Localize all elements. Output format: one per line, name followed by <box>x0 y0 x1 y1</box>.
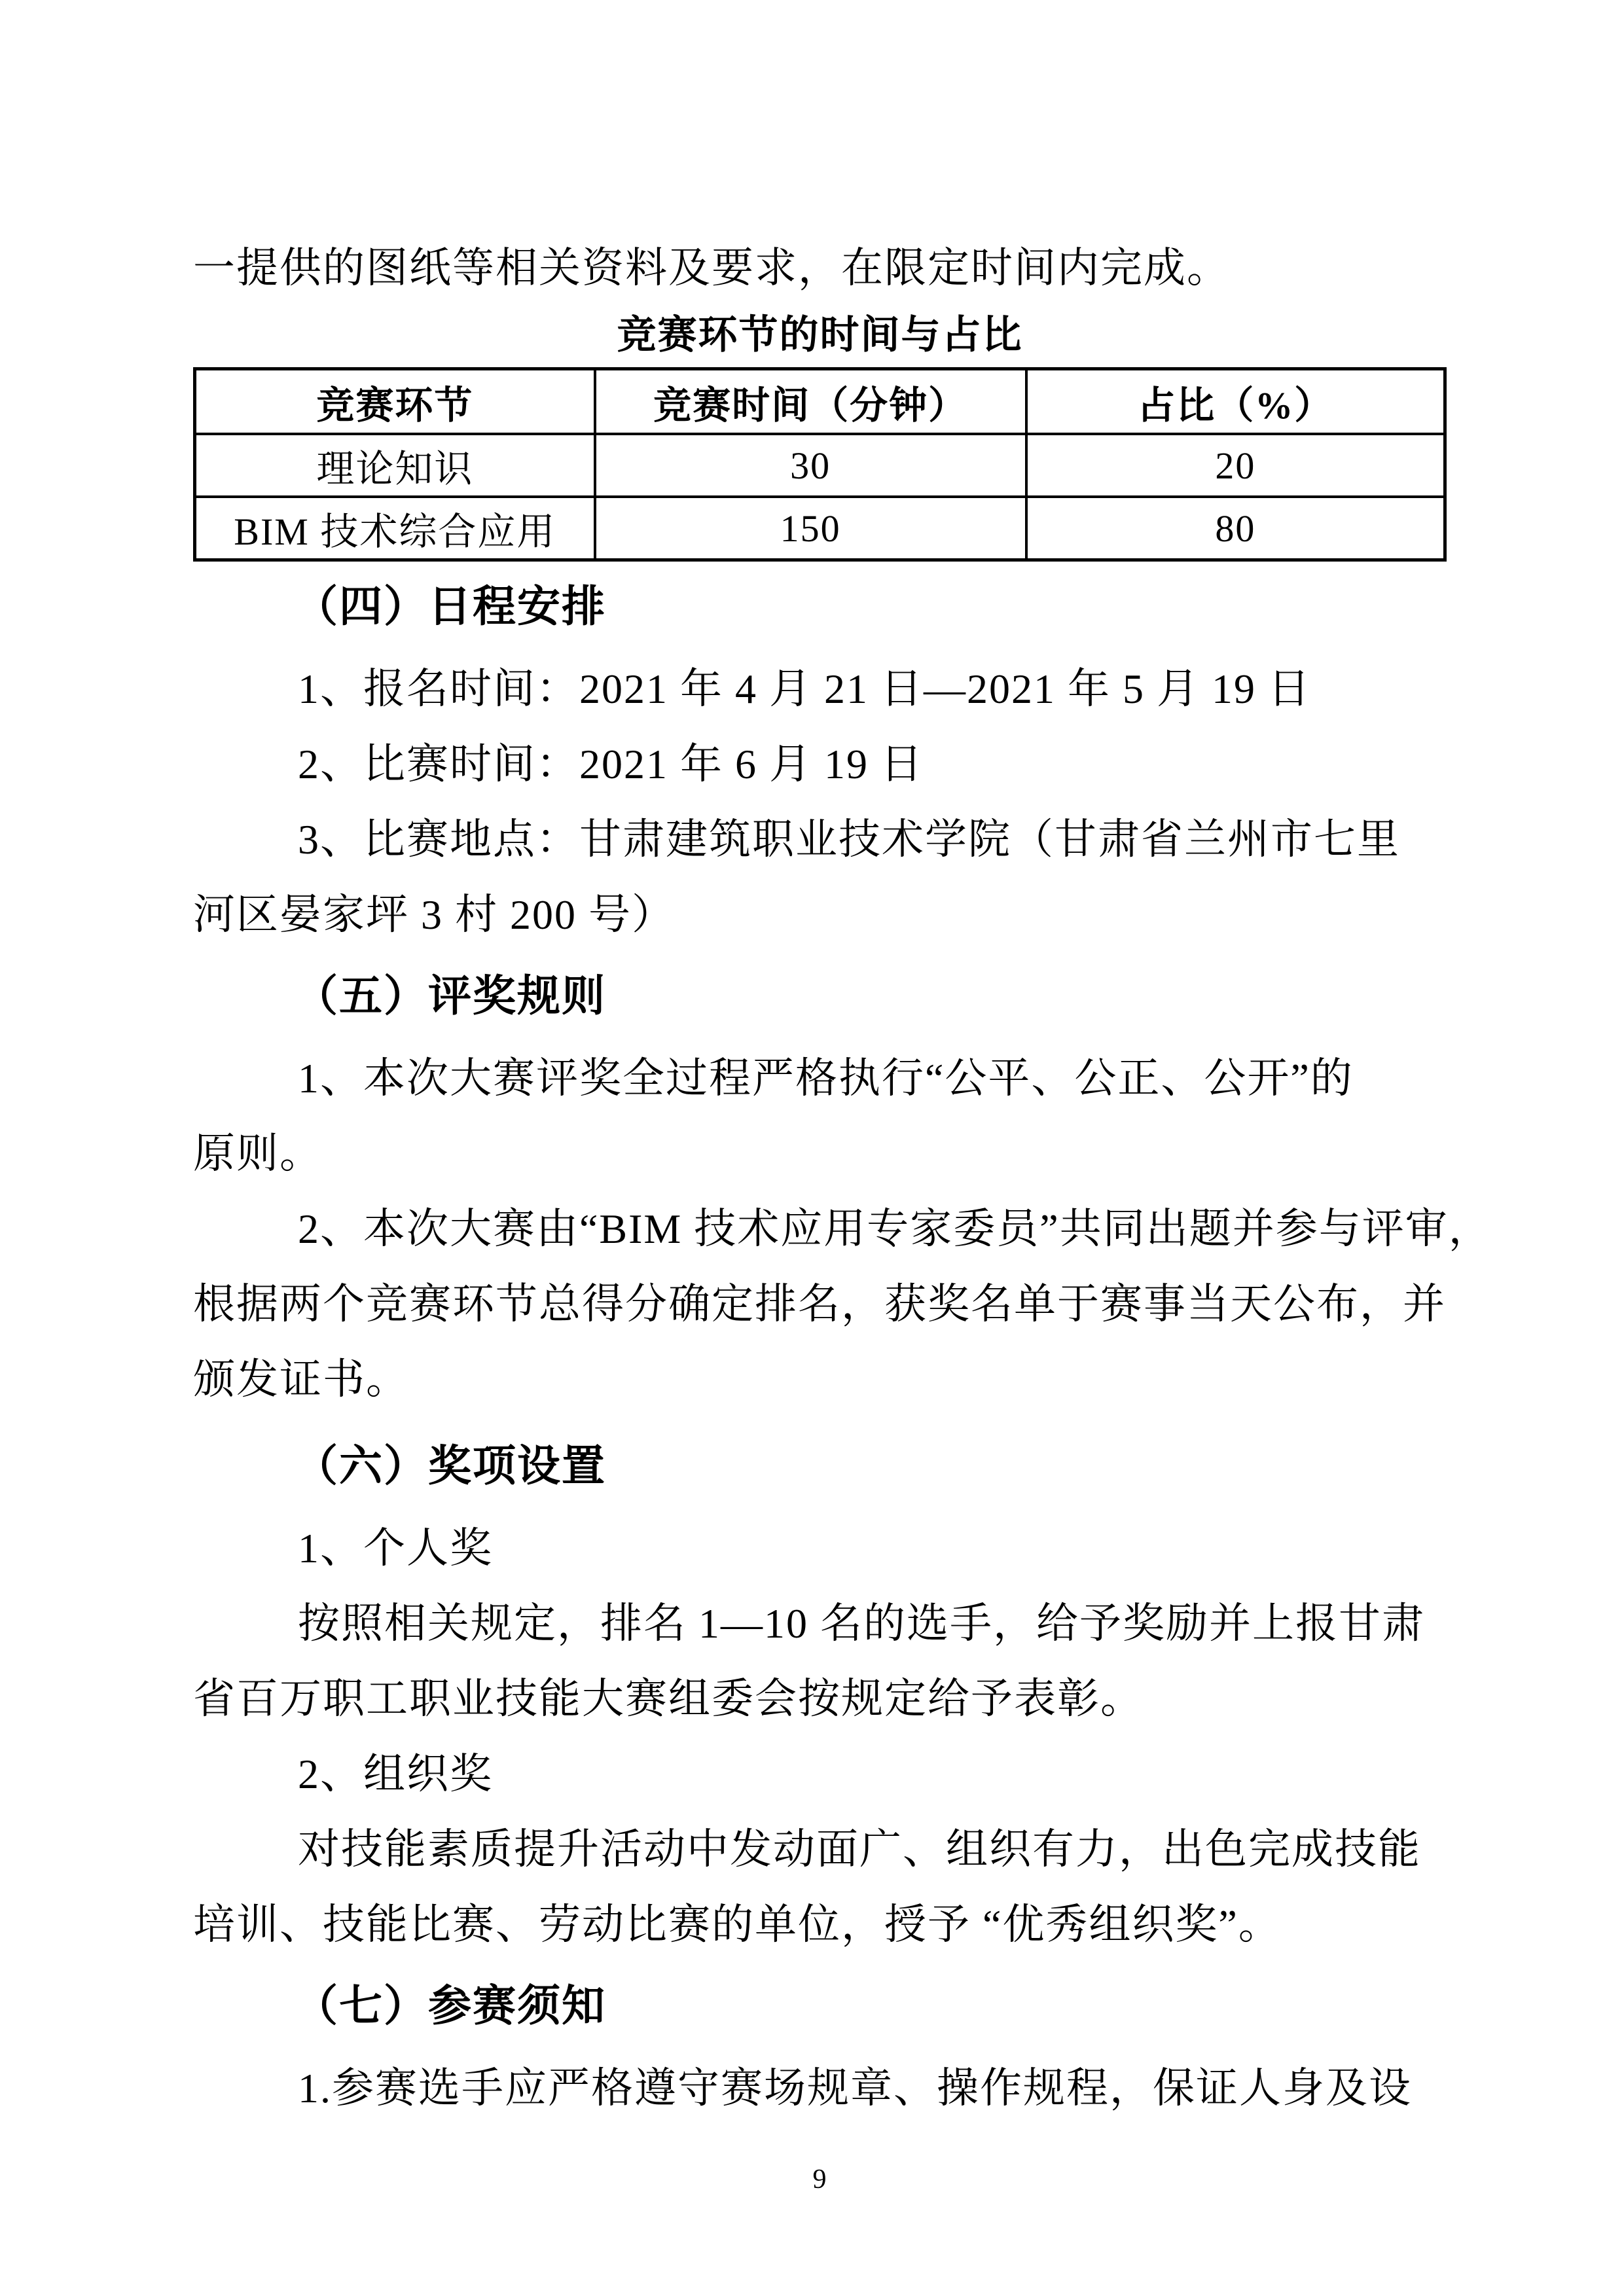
section-heading-award-rules: （五）评奖规则 <box>193 952 1447 1041</box>
table-cell-time: 150 <box>595 497 1026 560</box>
table-header-row: 竞赛环节 竞赛时间（分钟） 占比（%） <box>195 369 1445 435</box>
section-heading-schedule: （四）日程安排 <box>193 563 1447 651</box>
body-line: 对技能素质提升活动中发动面广、组织有力，出色完成技能 <box>193 1812 1447 1887</box>
body-line: 根据两个竞赛环节总得分确定排名，获奖名单于赛事当天公布，并 <box>193 1266 1447 1342</box>
document-page: 一提供的图纸等相关资料及要求，在限定时间内完成。 竞赛环节的时间与占比 竞赛环节… <box>0 0 1624 2296</box>
body-line: 颁发证书。 <box>193 1342 1447 1417</box>
schedule-table: 竞赛环节 竞赛时间（分钟） 占比（%） 理论知识 30 20 BIM 技术综合应… <box>193 367 1447 562</box>
table-cell-percent: 80 <box>1026 497 1445 560</box>
intro-paragraph-line: 一提供的图纸等相关资料及要求，在限定时间内完成。 <box>193 230 1447 306</box>
body-line: 2、组织奖 <box>193 1736 1447 1812</box>
table-cell-time: 30 <box>595 434 1026 497</box>
table-header-time: 竞赛时间（分钟） <box>595 369 1026 435</box>
body-line: 1、本次大赛评奖全过程严格执行“公平、公正、公开”的 <box>193 1041 1447 1116</box>
body-line: 省百万职工职业技能大赛组委会按规定给予表彰。 <box>193 1661 1447 1736</box>
table-row: 理论知识 30 20 <box>195 434 1445 497</box>
section-heading-notes: （七）参赛须知 <box>193 1962 1447 2051</box>
document-content: 一提供的图纸等相关资料及要求，在限定时间内完成。 竞赛环节的时间与占比 竞赛环节… <box>0 230 1624 2126</box>
section-heading-prizes: （六）奖项设置 <box>193 1422 1447 1511</box>
body-line: 2、本次大赛由“BIM 技术应用专家委员”共同出题并参与评审， <box>193 1191 1447 1266</box>
body-line: 2、比赛时间：2021 年 6 月 19 日 <box>193 726 1447 802</box>
body-line: 3、比赛地点：甘肃建筑职业技术学院（甘肃省兰州市七里 <box>193 802 1447 877</box>
body-line: 1、报名时间：2021 年 4 月 21 日—2021 年 5 月 19 日 <box>193 651 1447 726</box>
table-title: 竞赛环节的时间与占比 <box>193 306 1447 365</box>
table-cell-percent: 20 <box>1026 434 1445 497</box>
body-line: 按照相关规定，排名 1—10 名的选手，给予奖励并上报甘肃 <box>193 1586 1447 1661</box>
body-line: 河区晏家坪 3 村 200 号） <box>193 877 1447 952</box>
table-row: BIM 技术综合应用 150 80 <box>195 497 1445 560</box>
table-cell-stage: 理论知识 <box>195 434 595 497</box>
body-line: 培训、技能比赛、劳动比赛的单位，授予 “优秀组织奖”。 <box>193 1887 1447 1962</box>
body-line: 1.参赛选手应严格遵守赛场规章、操作规程，保证人身及设 <box>193 2051 1447 2126</box>
body-line: 原则。 <box>193 1116 1447 1191</box>
table-header-percent: 占比（%） <box>1026 369 1445 435</box>
body-line: 1、个人奖 <box>193 1511 1447 1586</box>
table-header-stage: 竞赛环节 <box>195 369 595 435</box>
page-number: 9 <box>193 2160 1447 2199</box>
table-cell-stage: BIM 技术综合应用 <box>195 497 595 560</box>
